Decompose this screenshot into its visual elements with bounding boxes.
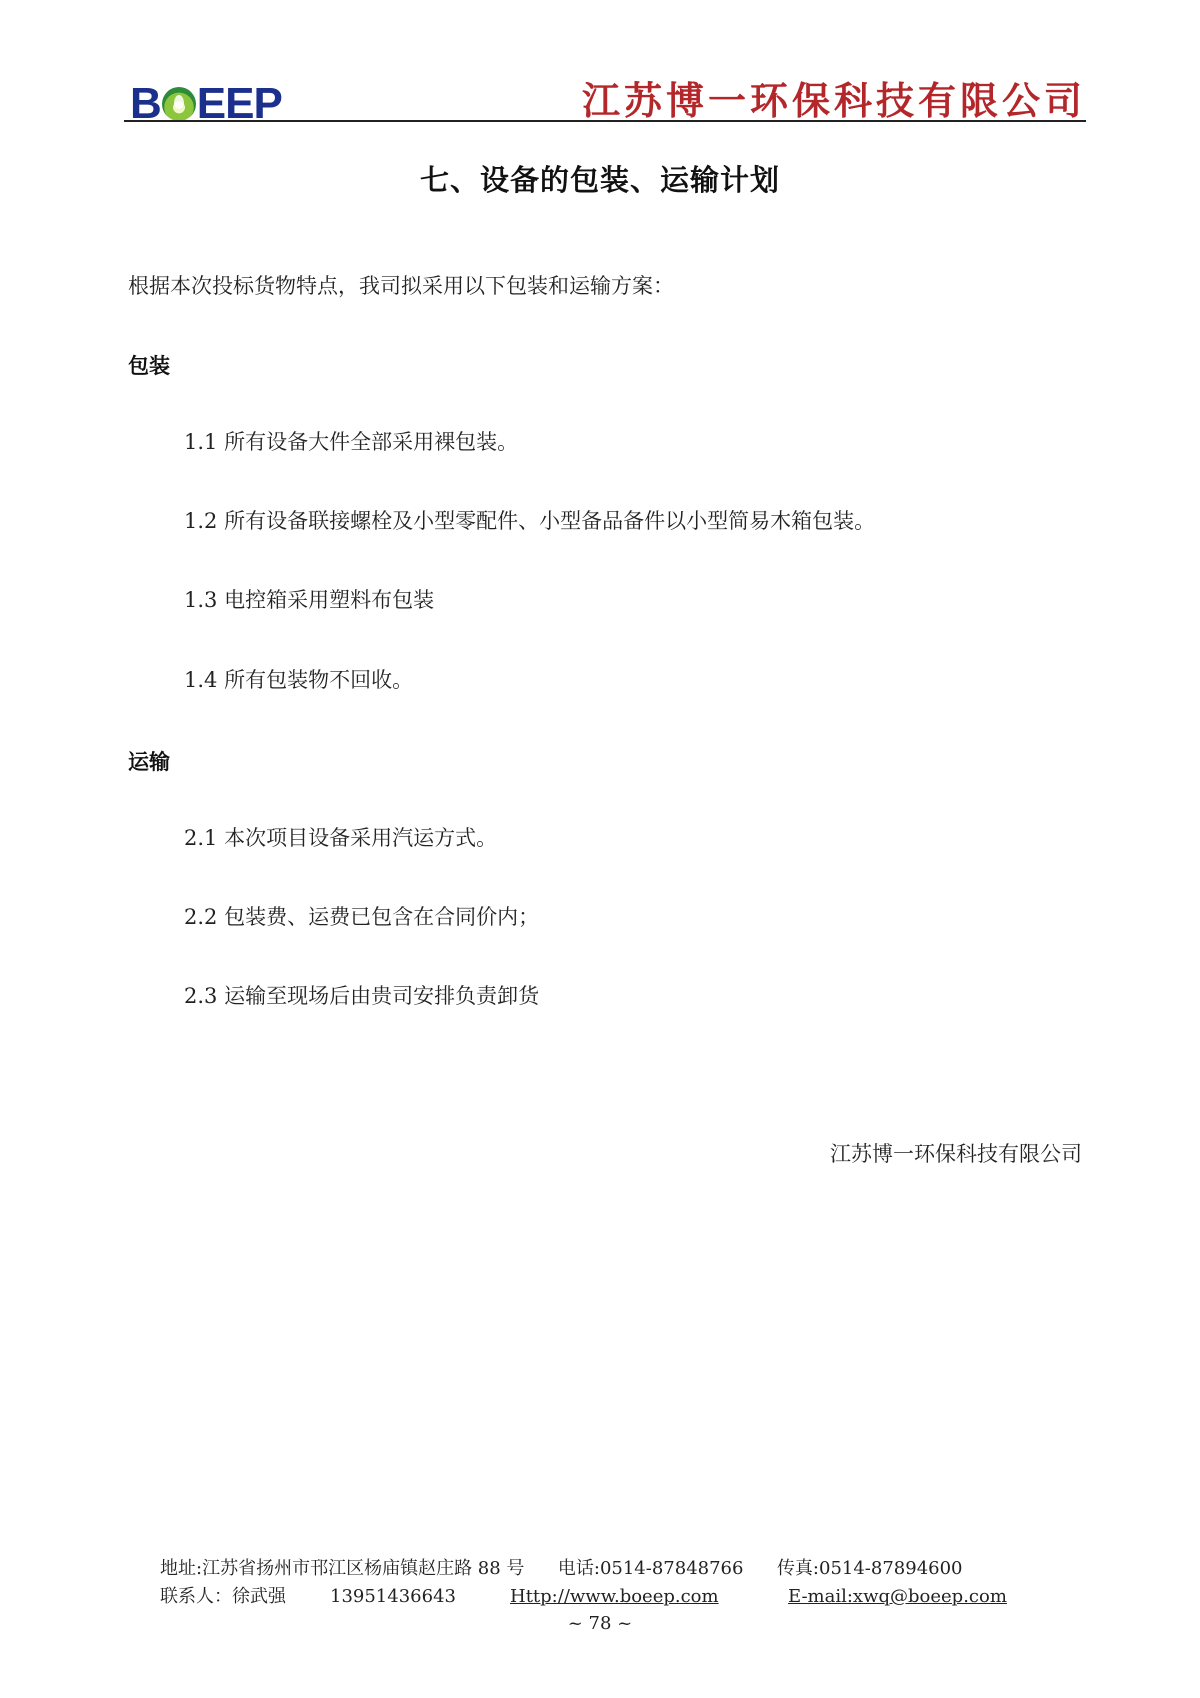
section-heading-transport: 运输 xyxy=(128,746,170,776)
list-item: 1.3 电控箱采用塑料布包装 xyxy=(184,586,434,614)
footer-contact-phone: 13951436643 xyxy=(330,1585,456,1609)
footer-website-link[interactable]: Http://www.boeep.com xyxy=(510,1585,719,1609)
header-divider xyxy=(124,120,1086,122)
list-item: 2.1 本次项目设备采用汽运方式。 xyxy=(184,824,497,852)
footer-address: 地址:江苏省扬州市邗江区杨庙镇赵庄路 88 号 xyxy=(160,1558,524,1579)
footer-fax: 传真:0514-87894600 xyxy=(777,1558,963,1579)
footer-contact-person: 联系人：徐武强 xyxy=(160,1585,286,1609)
water-drop-icon xyxy=(162,87,196,121)
list-item: 2.2 包装费、运费已包含在合同价内； xyxy=(184,903,539,931)
list-item: 1.4 所有包装物不回收。 xyxy=(184,666,413,694)
footer-email-link[interactable]: E-mail:xwq@boeep.com xyxy=(788,1585,1007,1609)
signature-company: 江苏博一环保科技有限公司 xyxy=(830,1140,1082,1168)
company-logo: B EEP xyxy=(130,84,282,124)
page-title: 七、设备的包装、运输计划 xyxy=(0,158,1200,199)
footer-phone: 电话:0514-87848766 xyxy=(558,1558,744,1579)
page-number: ~ 78 ~ xyxy=(0,1612,1200,1636)
section-heading-packaging: 包装 xyxy=(128,350,170,380)
list-item: 1.1 所有设备大件全部采用裸包装。 xyxy=(184,428,518,456)
logo-text-b: B xyxy=(130,84,161,124)
intro-paragraph: 根据本次投标货物特点，我司拟采用以下包装和运输方案： xyxy=(128,272,674,300)
footer-address-line: 地址:江苏省扬州市邗江区杨庙镇赵庄路 88 号 电话:0514-87848766… xyxy=(160,1557,963,1581)
logo-text-eep: EEP xyxy=(197,84,282,124)
header-company-name: 江苏博一环保科技有限公司 xyxy=(582,80,1086,122)
list-item: 2.3 运输至现场后由贵司安排负责卸货 xyxy=(184,982,539,1010)
list-item: 1.2 所有设备联接螺栓及小型零配件、小型备品备件以小型简易木箱包装。 xyxy=(184,507,875,535)
